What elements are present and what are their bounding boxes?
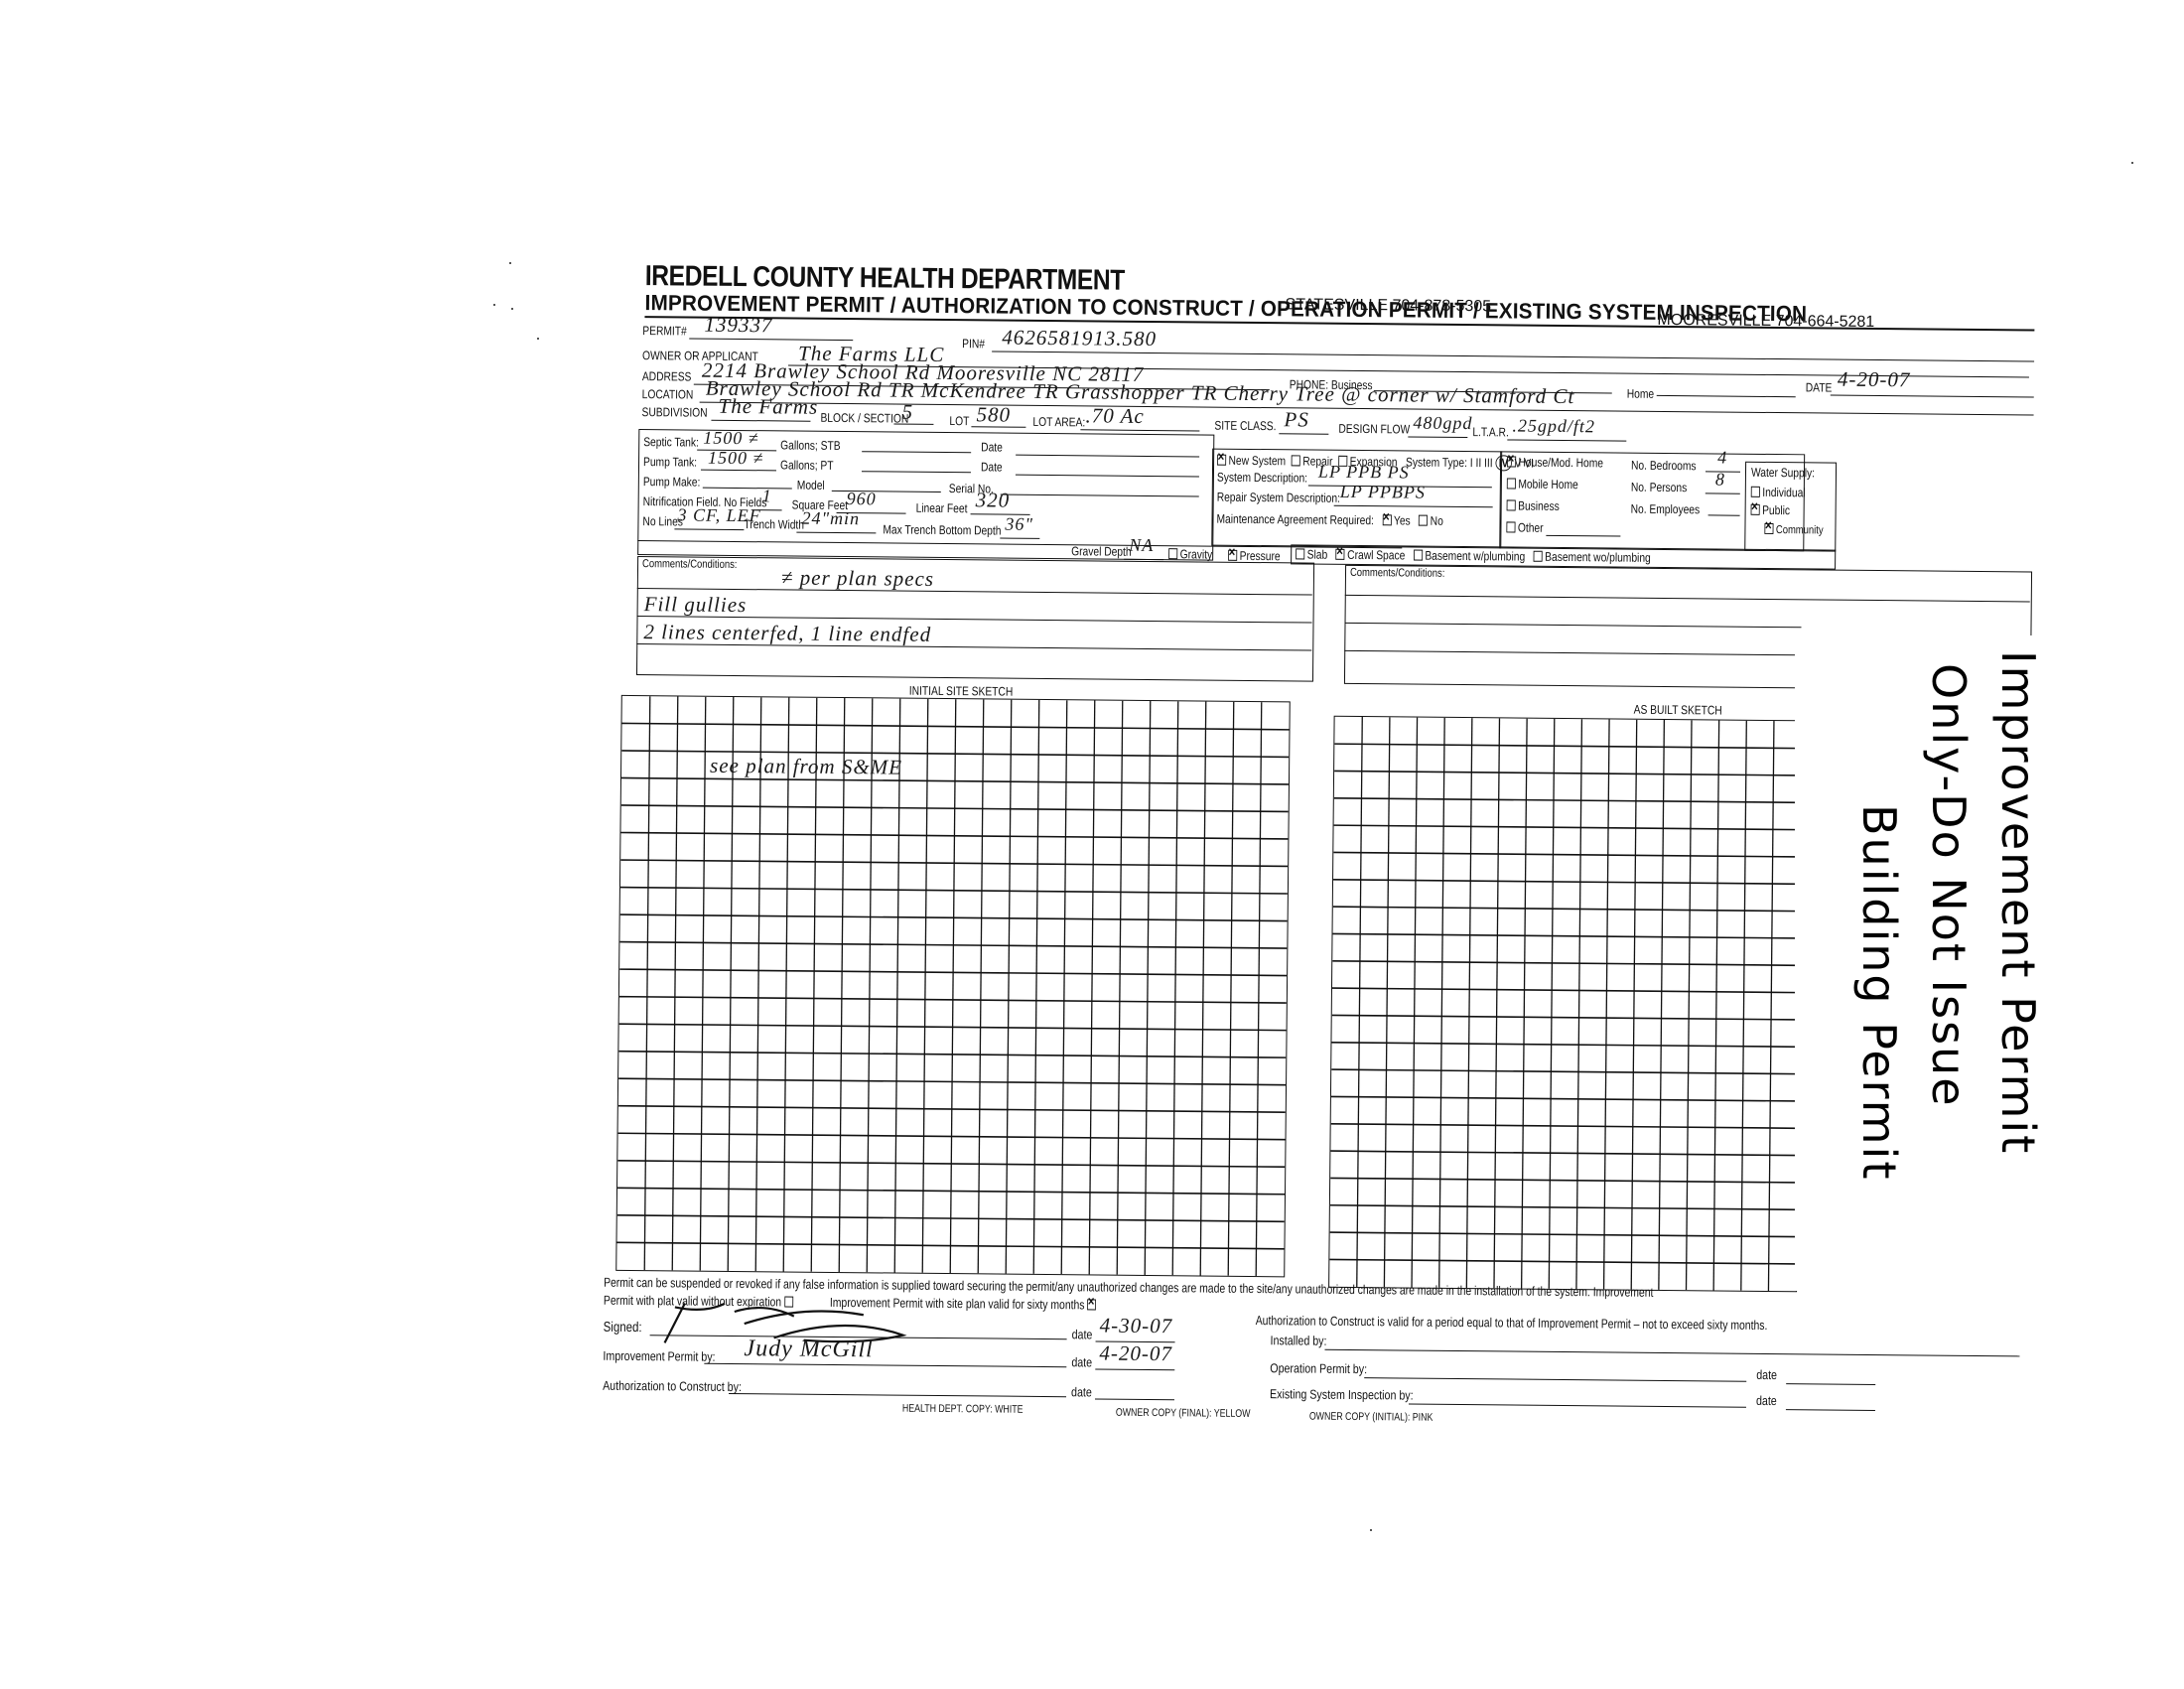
- improvement-by-signature: Judy McGill: [744, 1336, 874, 1363]
- site-class-label: SITE CLASS.: [1214, 419, 1276, 434]
- no-fields-value[interactable]: 1: [762, 486, 772, 506]
- home-phone-field: [1657, 395, 1796, 397]
- date2-label: Date: [981, 460, 1003, 474]
- ltar-value[interactable]: .25gpd/ft2: [1512, 415, 1595, 437]
- address-label: ADDRESS: [642, 369, 692, 383]
- individual-option[interactable]: Individual: [1751, 486, 1806, 500]
- gravity-label: Gravity: [1180, 547, 1213, 561]
- operation-date-line: [1786, 1383, 1875, 1385]
- maintenance-row: Maintenance Agreement Required: Yes No: [1216, 512, 1442, 528]
- individual-checkbox[interactable]: [1751, 487, 1760, 497]
- other-label: Other: [1518, 521, 1544, 535]
- pin-value[interactable]: 4626581913.580: [1002, 326, 1157, 352]
- crawl-space-label: Crawl Space: [1347, 548, 1405, 563]
- trench-width-value[interactable]: 24"min: [801, 508, 860, 530]
- pin-label: PIN#: [962, 337, 985, 351]
- signed-date-label: date: [1072, 1327, 1093, 1341]
- basement-wo-label: Basement wo/plumbing: [1545, 550, 1651, 565]
- community-option[interactable]: Community: [1764, 523, 1823, 537]
- design-flow-label: DESIGN FLOW: [1338, 422, 1410, 437]
- gallons-stb-label: Gallons; STB: [780, 438, 841, 453]
- improvement-date-label: date: [1071, 1354, 1092, 1369]
- copy-white-label: HEALTH DEPT. COPY: WHITE: [902, 1403, 1024, 1416]
- pump-make-label: Pump Make:: [643, 475, 701, 490]
- gallons-pt-label: Gallons; PT: [780, 458, 834, 473]
- mobile-checkbox[interactable]: [1507, 478, 1516, 489]
- community-label: Community: [1776, 524, 1824, 536]
- basement-wo-checkbox[interactable]: [1534, 551, 1543, 562]
- linear-feet-value[interactable]: 320: [976, 488, 1011, 512]
- persons-value[interactable]: 8: [1715, 469, 1725, 490]
- system-description-label: System Description:: [1217, 471, 1307, 486]
- lot-area-label: LOT AREA:: [1032, 415, 1085, 430]
- ltar-label: L.T.A.R.: [1472, 425, 1509, 439]
- slab-label: Slab: [1307, 548, 1328, 562]
- improvement-by-line: [704, 1363, 1066, 1368]
- repair-description-label: Repair System Description:: [1217, 491, 1340, 505]
- maintenance-yes-checkbox[interactable]: [1382, 514, 1391, 525]
- comment-line-1[interactable]: ≠ per plan specs: [781, 565, 934, 591]
- basement-w-checkbox[interactable]: [1414, 550, 1423, 561]
- maintenance-yes-label: Yes: [1394, 513, 1411, 527]
- initial-sketch-label: INITIAL SITE SKETCH: [909, 684, 1014, 699]
- permit-underline: [689, 339, 853, 342]
- authorization-date-line: [1095, 1398, 1174, 1400]
- public-label: Public: [1762, 503, 1790, 517]
- initial-site-sketch-grid[interactable]: [615, 695, 1291, 1277]
- stamp-line-2: Only-Do Not Issue: [1922, 663, 1976, 1108]
- mobile-label: Mobile Home: [1518, 478, 1578, 493]
- system-description-value[interactable]: LP PPB PS: [1318, 462, 1410, 484]
- as-built-sketch-grid[interactable]: [1328, 716, 1803, 1293]
- maintenance-label: Maintenance Agreement Required:: [1216, 512, 1374, 528]
- persons-label: No. Persons: [1631, 481, 1688, 495]
- site-class-value[interactable]: PS: [1284, 407, 1309, 432]
- repair-description-value[interactable]: LP PPBPS: [1340, 482, 1426, 503]
- scan-speck: [2131, 162, 2133, 164]
- individual-label: Individual: [1762, 486, 1805, 499]
- improvement-date-value[interactable]: 4-20-07: [1099, 1341, 1172, 1367]
- square-feet-value[interactable]: 960: [847, 489, 877, 509]
- ltar-underline: [1507, 439, 1626, 441]
- house-checkbox[interactable]: [1507, 456, 1516, 467]
- date-value[interactable]: 4-20-07: [1838, 367, 1911, 393]
- max-depth-value[interactable]: 36": [1005, 514, 1033, 535]
- bedrooms-value[interactable]: 4: [1717, 447, 1727, 468]
- business-checkbox[interactable]: [1507, 499, 1516, 510]
- trench-width-label: Trench Width: [744, 517, 804, 532]
- subdivision-underline: [711, 420, 810, 422]
- improvement-by-label: Improvement Permit by:: [603, 1348, 715, 1364]
- subdivision-label: SUBDIVISION: [641, 405, 707, 420]
- signed-date-value[interactable]: 4-30-07: [1100, 1314, 1173, 1339]
- community-checkbox[interactable]: [1764, 523, 1773, 534]
- operation-by-line: [1364, 1377, 1746, 1382]
- comment-line-2[interactable]: Fill gullies: [644, 592, 748, 618]
- initial-sketch-note: see plan from S&ME: [710, 754, 902, 780]
- installed-by-line: [1324, 1349, 2019, 1357]
- gravity-option[interactable]: Gravity: [1168, 547, 1212, 561]
- operation-by-label: Operation Permit by:: [1270, 1360, 1367, 1376]
- crawl-space-checkbox[interactable]: [1336, 549, 1345, 560]
- pump-tank-label: Pump Tank:: [643, 455, 697, 470]
- home-label: Home: [1627, 387, 1654, 401]
- scan-speck: [537, 338, 539, 340]
- business-label: Business: [1518, 499, 1560, 513]
- existing-by-line: [1409, 1404, 1746, 1408]
- authorization-note: Authorization to Construct is valid for …: [1256, 1313, 1768, 1333]
- subdivision-value[interactable]: The Farms: [718, 394, 818, 420]
- linear-feet-label: Linear Feet: [916, 501, 968, 515]
- other-option[interactable]: Other: [1506, 520, 1543, 534]
- lot-label: LOT: [949, 414, 969, 428]
- public-option[interactable]: Public: [1751, 503, 1791, 517]
- gravel-depth-value[interactable]: NA: [1129, 535, 1154, 556]
- lot-value[interactable]: 580: [976, 402, 1011, 427]
- scan-speck: [1370, 1529, 1372, 1531]
- permit-value[interactable]: 139337: [704, 313, 772, 339]
- mobile-option[interactable]: Mobile Home: [1507, 477, 1578, 492]
- pin-underline: [992, 351, 2034, 361]
- gravel-depth-label: Gravel Depth: [1071, 544, 1132, 559]
- lot-area-value[interactable]: .70 Ac: [1085, 403, 1145, 429]
- stamp-line-1: Improvement Permit: [1991, 650, 2045, 1155]
- comment-line-3[interactable]: 2 lines centerfed, 1 line endfed: [643, 620, 931, 647]
- improvement-date-line: [1095, 1368, 1174, 1370]
- maintenance-no-label: No: [1431, 514, 1443, 528]
- authorization-by-line: [729, 1393, 1066, 1397]
- water-supply-label: Water Supply:: [1751, 466, 1815, 481]
- maintenance-no-checkbox[interactable]: [1419, 515, 1428, 526]
- bedrooms-label: No. Bedrooms: [1631, 459, 1697, 474]
- septic-tank-value[interactable]: 1500 ≠: [703, 428, 759, 450]
- other-checkbox[interactable]: [1506, 521, 1515, 532]
- scanned-page: IREDELL COUNTY HEALTH DEPARTMENT STATESV…: [0, 0, 2184, 1689]
- site-plan-valid-checkbox[interactable]: [1087, 1299, 1096, 1310]
- comments-right-label: Comments/Conditions:: [1350, 567, 1444, 580]
- system-type-label: System Type:: [1406, 455, 1467, 470]
- gravity-checkbox[interactable]: [1168, 548, 1177, 559]
- location-label: LOCATION: [642, 387, 694, 401]
- lot-area-underline: [1080, 429, 1199, 431]
- new-system-label: New System: [1229, 454, 1287, 469]
- date1-label: Date: [981, 440, 1003, 454]
- business-option[interactable]: Business: [1507, 498, 1560, 513]
- existing-date-label: date: [1756, 1393, 1777, 1408]
- pressure-checkbox[interactable]: [1228, 550, 1237, 561]
- septic-tank-label: Septic Tank:: [643, 435, 699, 450]
- stamp-line-3: Building Permit: [1852, 804, 1906, 1181]
- date-label: DATE: [1806, 380, 1833, 394]
- house-label: House/Mod. Home: [1518, 456, 1603, 471]
- house-option[interactable]: House/Mod. Home: [1507, 455, 1603, 470]
- max-depth-label: Max Trench Bottom Depth: [883, 522, 1001, 537]
- employees-label: No. Employees: [1631, 502, 1701, 517]
- as-built-sketch-label: AS BUILT SKETCH: [1634, 703, 1722, 718]
- signed-label: Signed:: [604, 1319, 642, 1335]
- existing-by-label: Existing System Inspection by:: [1270, 1386, 1414, 1402]
- model-label: Model: [797, 479, 825, 493]
- existing-date-line: [1786, 1409, 1875, 1411]
- design-flow-value[interactable]: 480gpd: [1413, 413, 1472, 435]
- public-checkbox[interactable]: [1751, 504, 1760, 515]
- operation-date-label: date: [1756, 1367, 1777, 1382]
- authorization-by-label: Authorization to Construct by:: [603, 1378, 742, 1394]
- new-system-checkbox[interactable]: [1217, 455, 1226, 466]
- installed-by-label: Installed by:: [1271, 1333, 1327, 1348]
- copy-yellow-label: OWNER COPY (FINAL): YELLOW: [1116, 1407, 1251, 1420]
- date-underline: [1831, 395, 2034, 398]
- slab-checkbox[interactable]: [1296, 548, 1304, 559]
- site-class-underline: [1279, 433, 1328, 434]
- copy-pink-label: OWNER COPY (INITIAL): PINK: [1309, 1411, 1433, 1424]
- scan-speck: [509, 262, 511, 264]
- comments-left-label: Comments/Conditions:: [642, 558, 737, 571]
- lot-underline: [971, 426, 1025, 428]
- block-value[interactable]: 5: [901, 400, 913, 425]
- pump-tank-value[interactable]: 1500 ≠: [708, 448, 764, 470]
- scan-speck: [511, 308, 513, 310]
- basement-w-label: Basement w/plumbing: [1425, 549, 1525, 564]
- scan-speck: [493, 304, 495, 306]
- repair-checkbox[interactable]: [1292, 455, 1300, 466]
- authorization-date-label: date: [1071, 1384, 1092, 1399]
- design-flow-underline: [1408, 436, 1467, 438]
- permit-label: PERMIT#: [642, 324, 687, 338]
